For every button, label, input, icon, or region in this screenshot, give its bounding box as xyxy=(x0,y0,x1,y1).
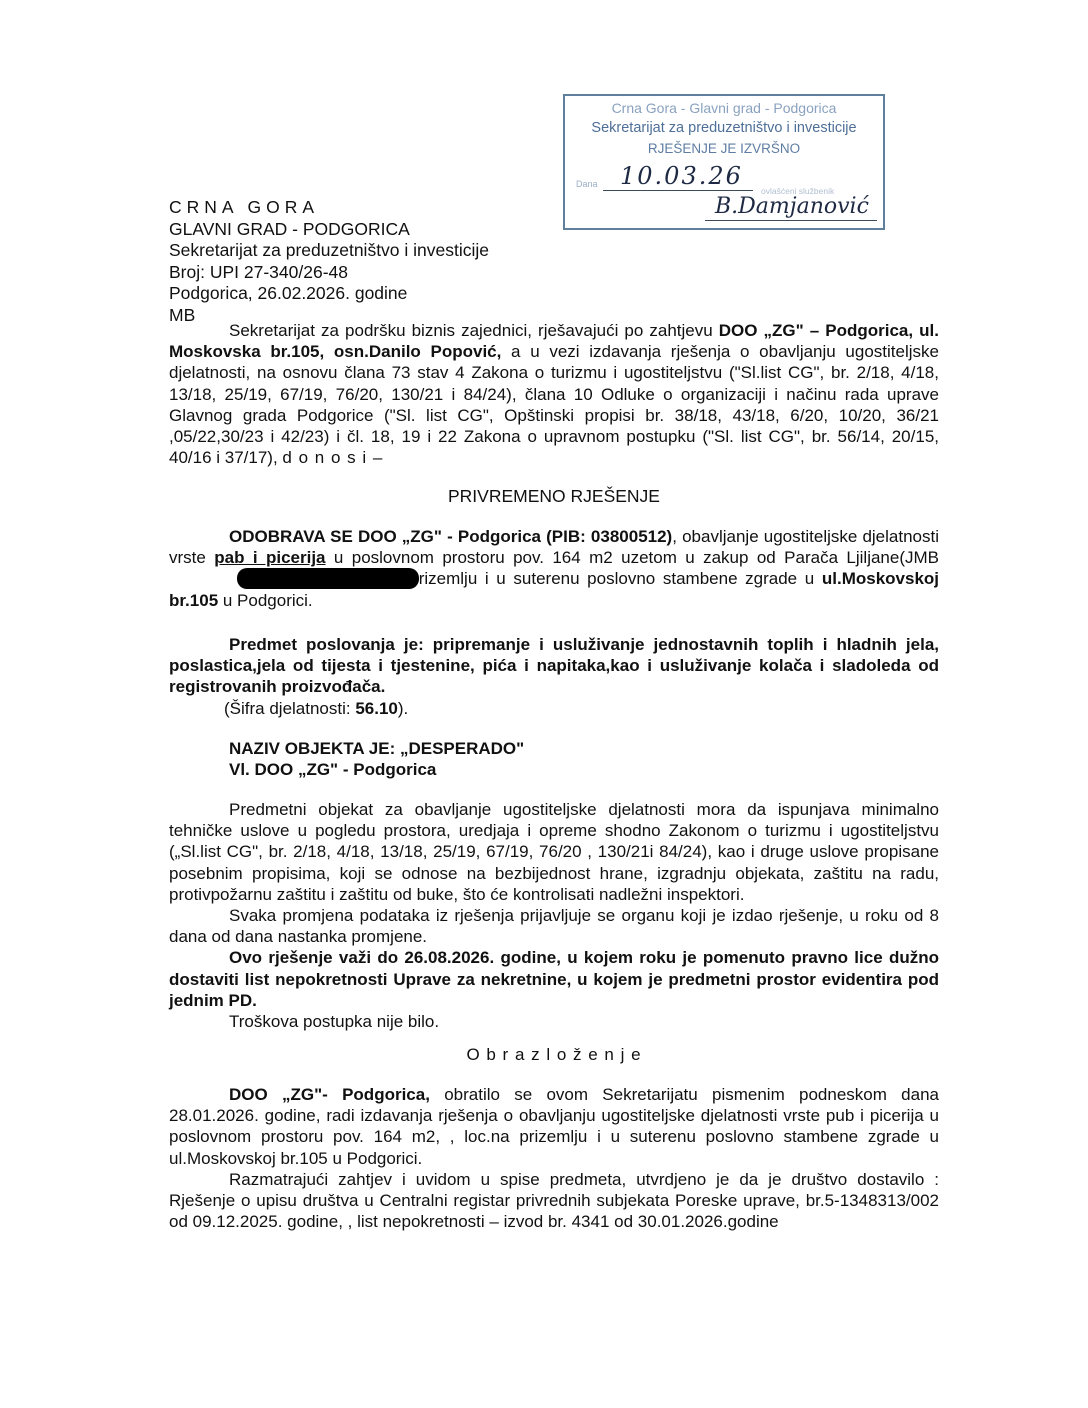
document-header: CRNA GORA GLAVNI GRAD - PODGORICA Sekret… xyxy=(169,197,489,326)
header-city: GLAVNI GRAD - PODGORICA xyxy=(169,219,489,241)
decision-approval: ODOBRAVA SE DOO „ZG" - Podgorica (PIB: 0… xyxy=(229,527,672,546)
activity-code-end: ). xyxy=(398,699,408,718)
decision-text: u poslovnom prostoru pov. 164 m2 uzetom … xyxy=(326,548,940,567)
stamp-date-line xyxy=(603,190,753,191)
reasoning-paragraph-1: DOO „ZG"- Podgorica, obratilo se ovom Se… xyxy=(169,1084,939,1169)
reasoning-heading: O b r a z l o ž e n j e xyxy=(169,1044,939,1065)
validity-paragraph: Ovo rješenje važi do 26.08.2026. godine,… xyxy=(169,947,939,1011)
stamp-date-label: Dana xyxy=(576,179,598,189)
object-owner: Vl. DOO „ZG" - Podgorica xyxy=(229,759,999,780)
decision-text: u Podgorici. xyxy=(218,591,313,610)
activity-code-value: 56.10 xyxy=(355,699,398,718)
execution-stamp: Crna Gora - Glavni grad - Podgorica Sekr… xyxy=(563,94,885,230)
reasoning-block: DOO „ZG"- Podgorica, obratilo se ovom Se… xyxy=(169,1084,939,1232)
decision-title: PRIVREMENO RJEŠENJE xyxy=(169,486,939,507)
header-department: Sekretarijat za preduzetništvo i investi… xyxy=(169,240,489,262)
activity-code: (Šifra djelatnosti: 56.10). xyxy=(169,698,939,719)
reasoning-applicant: DOO „ZG"- Podgorica, xyxy=(229,1085,430,1104)
donosi-text: d o n o s i – xyxy=(282,448,383,467)
conditions-paragraph: Predmetni objekat za obavljanje ugostite… xyxy=(169,799,939,905)
intro-paragraph: Sekretarijat za podršku biznis zajednici… xyxy=(169,320,939,468)
object-block: NAZIV OBJEKTA JE: „DESPERADO" Vl. DOO „Z… xyxy=(169,738,999,780)
costs-paragraph: Troškova postupka nije bilo. xyxy=(169,1011,939,1032)
activity-type: pab i picerija xyxy=(214,548,325,567)
stamp-authority: Crna Gora - Glavni grad - Podgorica xyxy=(565,100,883,116)
stamp-status: RJEŠENJE JE IZVRŠNO xyxy=(565,141,883,156)
document-page: Crna Gora - Glavni grad - Podgorica Sekr… xyxy=(0,0,1088,1408)
stamp-date-handwritten: 10.03.26 xyxy=(620,162,743,190)
stamp-signature-line xyxy=(705,220,877,221)
activity-code-label: (Šifra djelatnosti: xyxy=(224,699,355,718)
reasoning-paragraph-2: Razmatrajući zahtjev i uvidom u spise pr… xyxy=(169,1169,939,1233)
header-case-number: Broj: UPI 27-340/26-48 xyxy=(169,262,489,284)
header-country: CRNA GORA xyxy=(169,197,489,219)
header-place-date: Podgorica, 26.02.2026. godine xyxy=(169,283,489,305)
stamp-department: Sekretarijat za preduzetništvo i investi… xyxy=(565,120,883,136)
subject-text: Predmet poslovanja je: pripremanje i usl… xyxy=(169,634,939,698)
change-notice-paragraph: Svaka promjena podataka iz rješenja prij… xyxy=(169,905,939,947)
subject-paragraph: Predmet poslovanja je: pripremanje i usl… xyxy=(169,634,939,719)
intro-text: Sekretarijat za podršku biznis zajednici… xyxy=(229,321,719,340)
redaction-box xyxy=(237,568,419,589)
handwritten-signature: B.Damjanović xyxy=(715,194,869,219)
conditions-block: Predmetni objekat za obavljanje ugostite… xyxy=(169,799,939,1032)
object-name: NAZIV OBJEKTA JE: „DESPERADO" xyxy=(229,738,999,759)
